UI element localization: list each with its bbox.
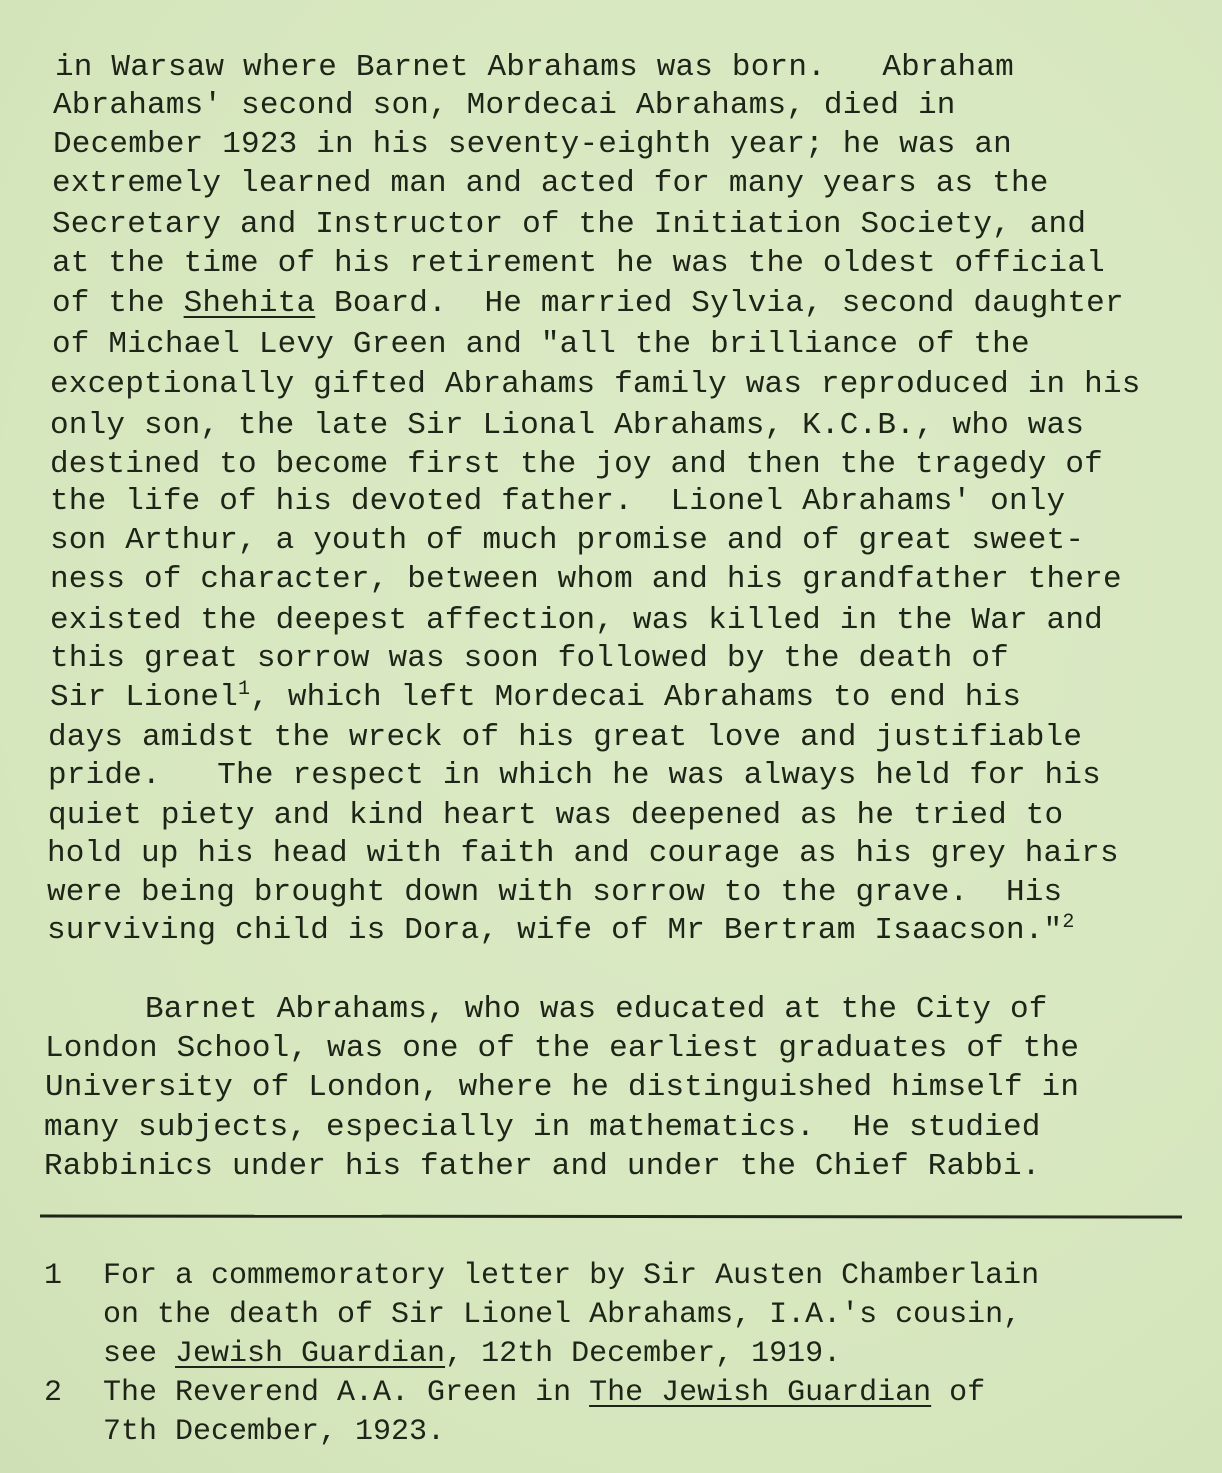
text-segment: of the <box>52 286 184 321</box>
text-line: destined to become first the joy and the… <box>50 447 1103 483</box>
text-line: only son, the late Sir Lional Abrahams, … <box>50 408 1084 444</box>
text-line: December 1923 in his seventy-eighth year… <box>53 127 1012 163</box>
text-segment: , 12th December, 1919. <box>445 1337 841 1371</box>
text-line: surviving child is Dora, wife of Mr Bert… <box>47 913 1075 949</box>
text-line: quiet piety and kind heart was deepened … <box>48 798 1063 834</box>
text-line: days amidst the wreck of his great love … <box>48 720 1082 756</box>
text-line: this great sorrow was soon followed by t… <box>50 641 1009 677</box>
footnote-separator <box>40 1215 1182 1219</box>
text-line: son Arthur, a youth of much promise and … <box>50 523 1084 559</box>
text-segment: see <box>103 1337 175 1371</box>
text-line: were being brought down with sorrow to t… <box>47 875 1062 911</box>
publication-title: The Jewish Guardian <box>589 1376 931 1410</box>
text-line: existed the deepest affection, was kille… <box>50 603 1103 639</box>
footnote-line: see Jewish Guardian, 12th December, 1919… <box>103 1336 841 1372</box>
text-line: Secretary and Instructor of the Initiati… <box>52 207 1086 243</box>
text-line: London School, was one of the earliest g… <box>45 1031 1079 1067</box>
text-line: pride. The respect in which he was alway… <box>48 758 1101 794</box>
text-line: extremely learned man and acted for many… <box>52 166 1049 202</box>
text-line: University of London, where he distingui… <box>45 1070 1079 1106</box>
footnote-line: For a commemoratory letter by Sir Austen… <box>103 1258 1039 1294</box>
footnote-reference-2: 2 <box>1062 911 1074 934</box>
footnote-line: 7th December, 1923. <box>103 1414 445 1450</box>
underlined-term: Shehita <box>184 286 316 321</box>
text-segment: Sir Lionel <box>50 680 238 715</box>
text-line: Barnet Abrahams, who was educated at the… <box>145 992 1048 1028</box>
text-line: Abrahams' second son, Mordecai Abrahams,… <box>53 88 956 124</box>
text-segment: , which left Mordecai Abrahams to end hi… <box>250 680 1021 715</box>
footnote-number: 2 <box>44 1375 62 1411</box>
footnote-number: 1 <box>44 1258 62 1294</box>
text-line: Sir Lionel1, which left Mordecai Abraham… <box>50 680 1021 716</box>
text-line: Rabbinics under his father and under the… <box>44 1149 1041 1185</box>
typewritten-page: in Warsaw where Barnet Abrahams was born… <box>0 0 1222 1473</box>
text-line: the life of his devoted father. Lionel A… <box>50 484 1065 520</box>
text-segment: Board. He married Sylvia, second daughte… <box>315 286 1124 321</box>
footnote-line: The Reverend A.A. Green in The Jewish Gu… <box>103 1375 985 1411</box>
text-line: of the Shehita Board. He married Sylvia,… <box>52 286 1124 322</box>
text-segment: The Reverend A.A. Green in <box>103 1376 589 1410</box>
text-line: in Warsaw where Barnet Abrahams was born… <box>55 50 1014 86</box>
text-line: exceptionally gifted Abrahams family was… <box>50 367 1141 403</box>
text-line: hold up his head with faith and courage … <box>47 836 1119 872</box>
text-line: at the time of his retirement he was the… <box>52 246 1105 282</box>
text-segment: surviving child is Dora, wife of Mr Bert… <box>47 913 1062 948</box>
text-segment: of <box>931 1376 985 1410</box>
text-line: of Michael Levy Green and "all the brill… <box>52 327 1030 363</box>
publication-title: Jewish Guardian <box>175 1337 445 1371</box>
text-line: ness of character, between whom and his … <box>50 562 1122 598</box>
footnote-reference-1: 1 <box>238 678 250 701</box>
footnote-line: on the death of Sir Lionel Abrahams, I.A… <box>103 1297 1021 1333</box>
text-line: many subjects, especially in mathematics… <box>44 1110 1041 1146</box>
